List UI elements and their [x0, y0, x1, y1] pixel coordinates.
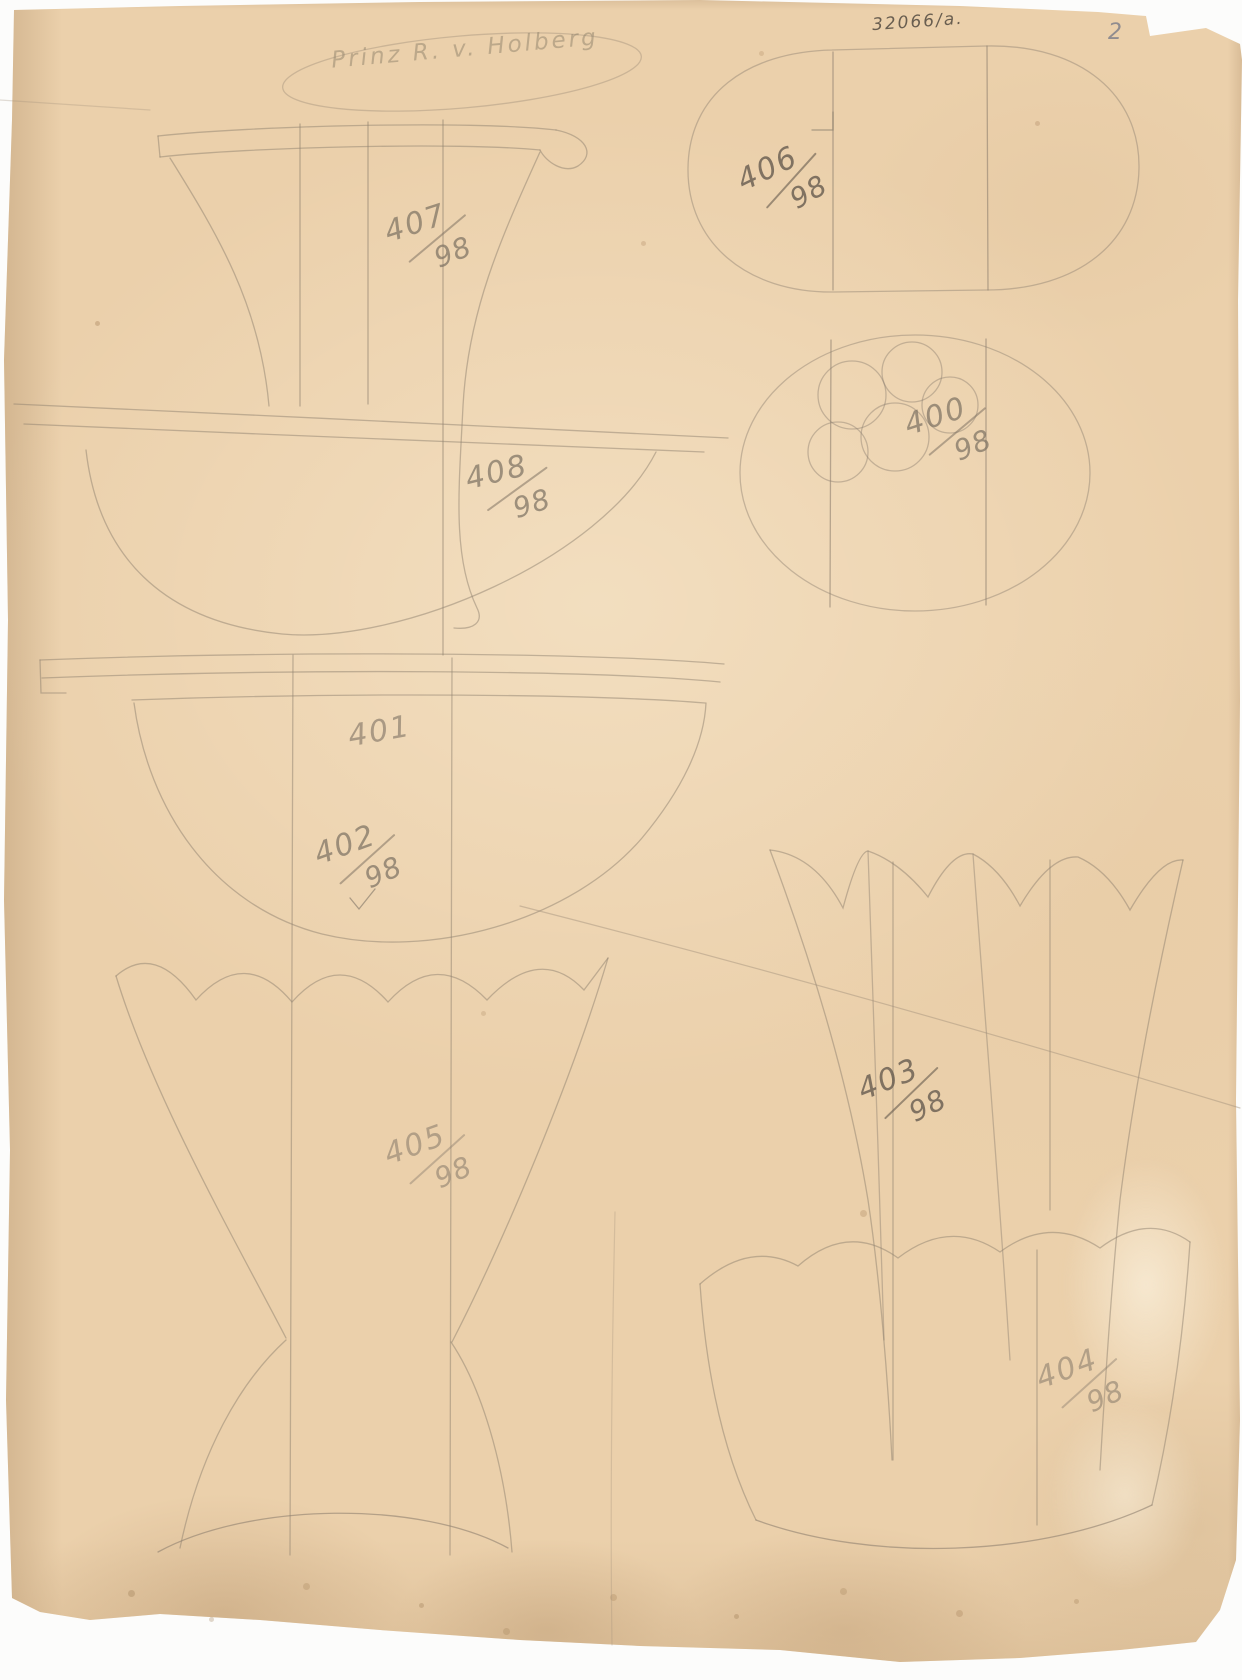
- bowl-400-drawing: [740, 335, 1090, 611]
- pencil-drawing-layer: [0, 0, 1242, 1680]
- vase-407-drawing: [158, 120, 587, 655]
- bowl-408-drawing: [14, 404, 728, 635]
- vase-405-drawing: [116, 958, 608, 1552]
- page-number: 2: [1108, 20, 1122, 45]
- scanned-drawing-sheet: Prinz R. v. Holberg 32066/a. 2 407 98 40…: [0, 0, 1242, 1680]
- design-number-408: 408 98: [463, 448, 559, 528]
- bowl-402-drawing: [40, 654, 724, 1555]
